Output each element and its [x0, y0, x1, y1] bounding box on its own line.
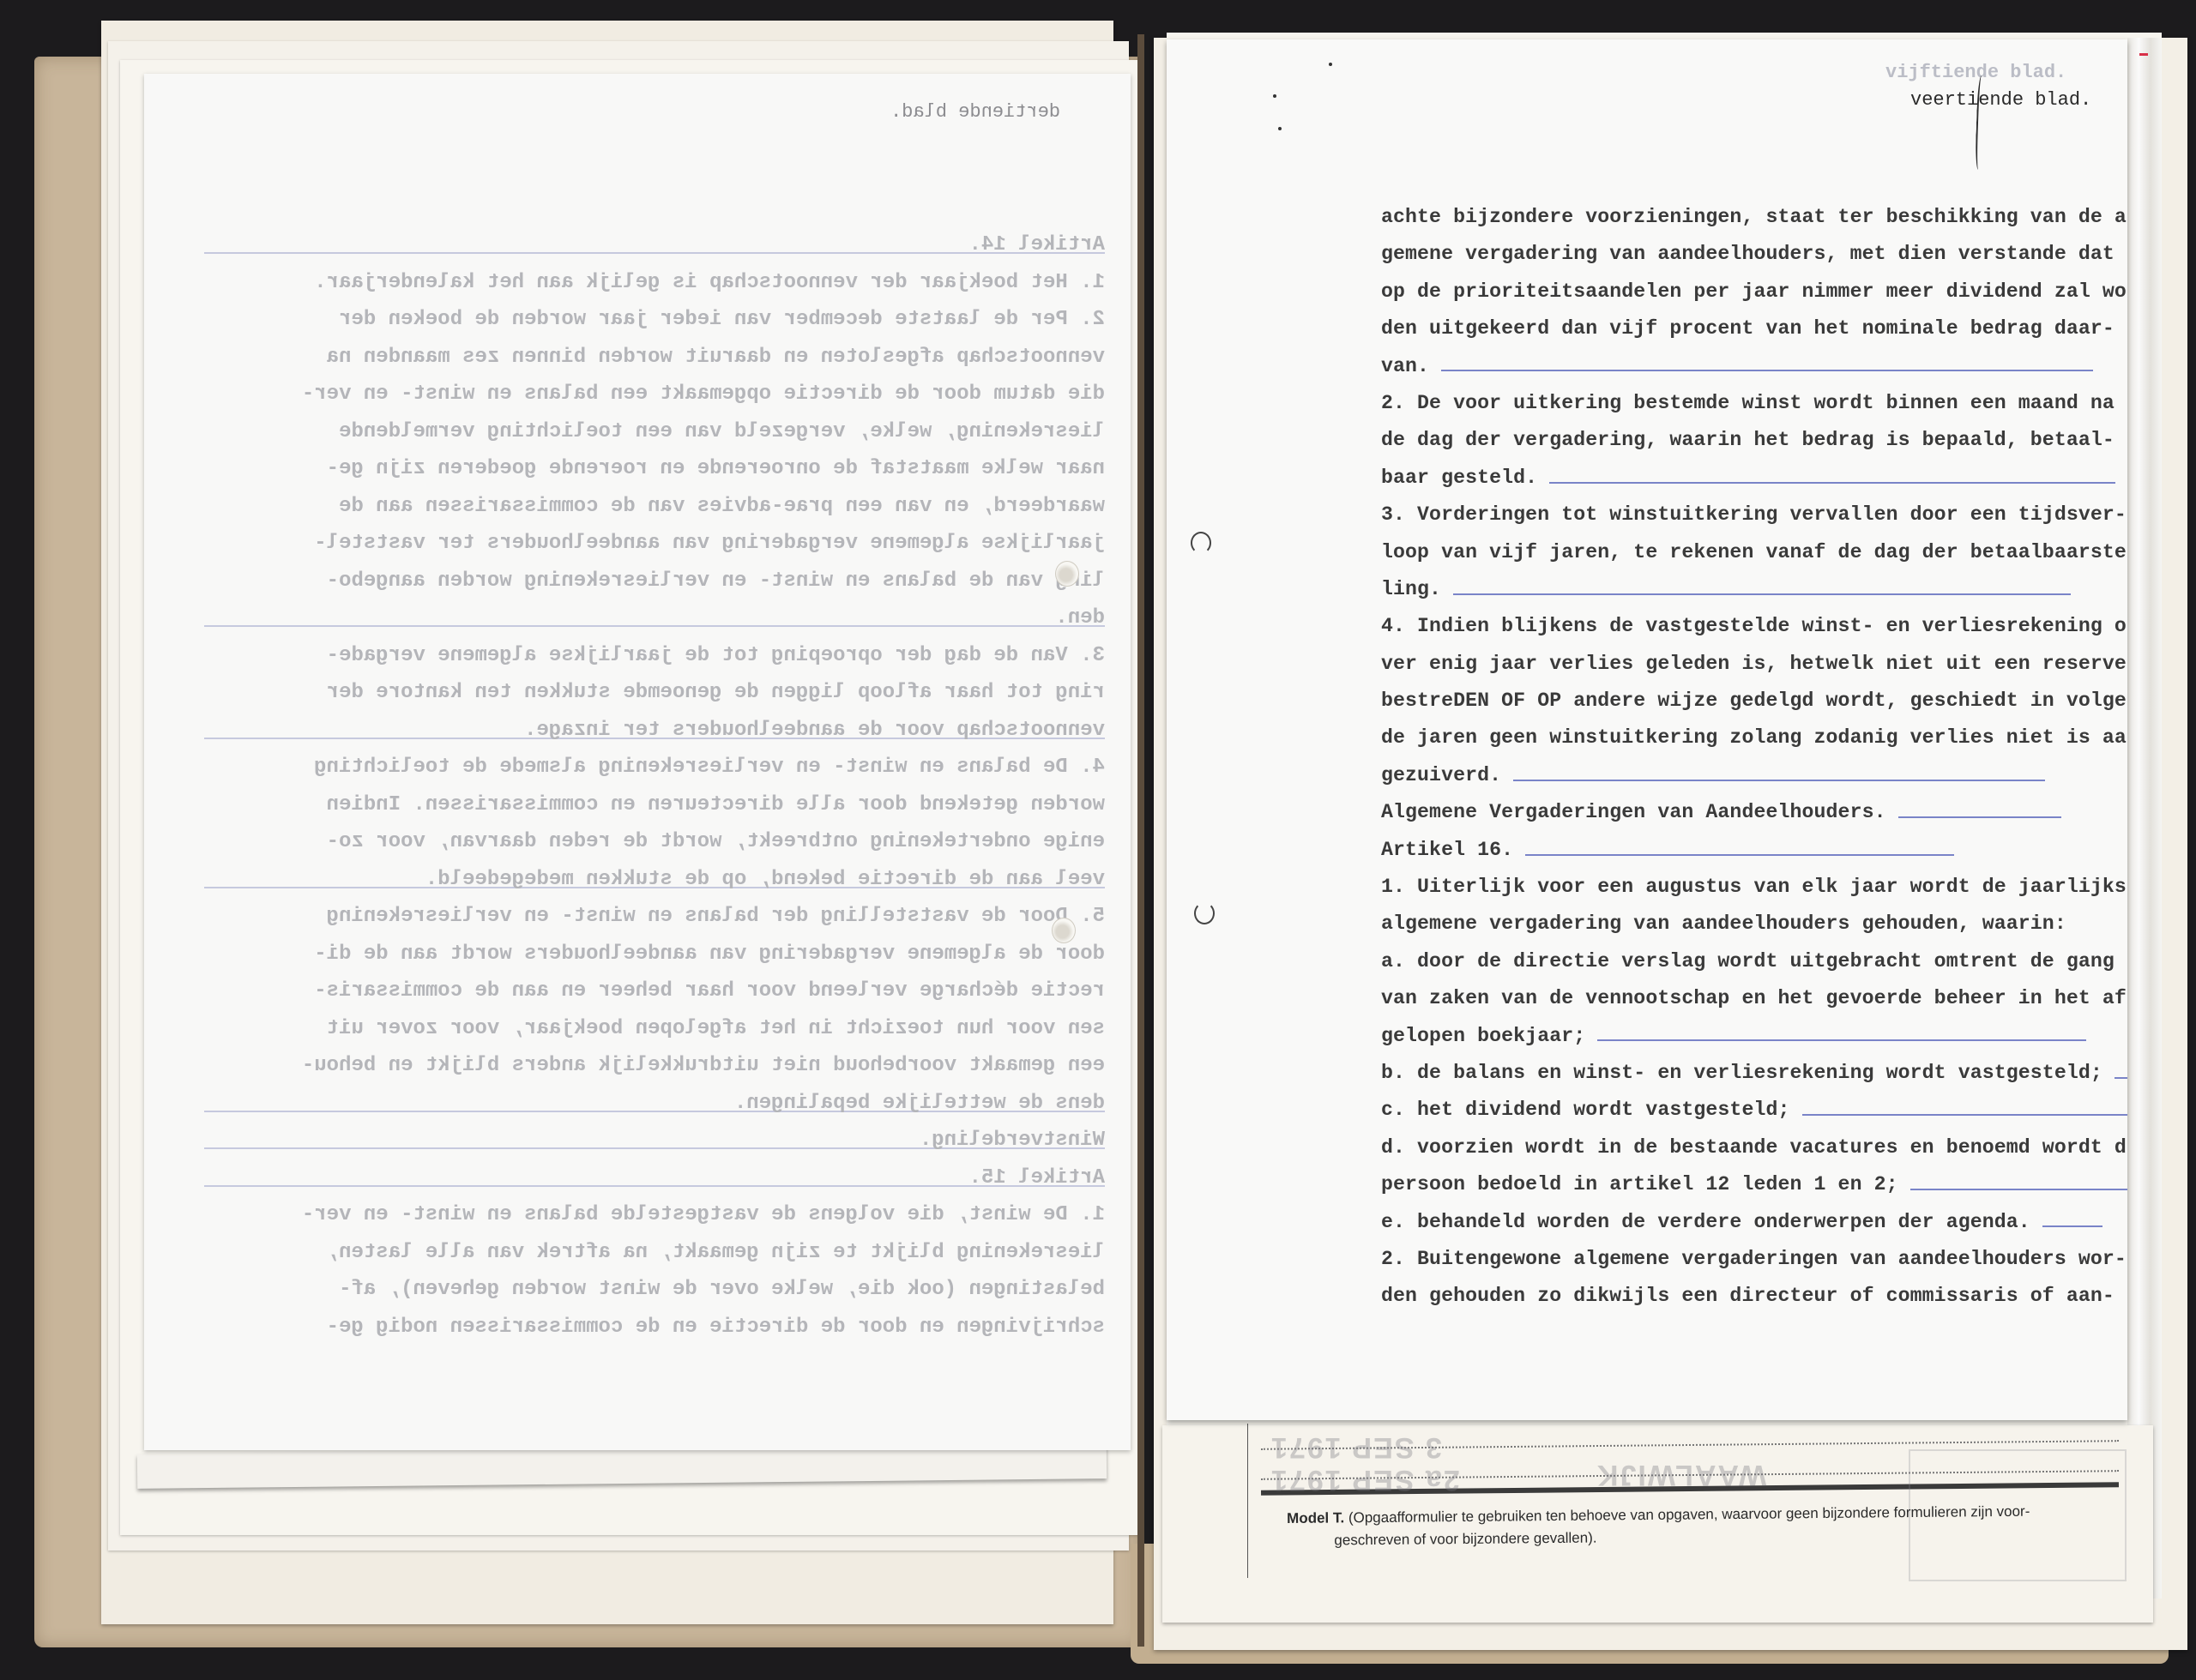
left-page-line: naar welke maatstaf de onroerende en roe…: [204, 450, 1105, 488]
right-page-line: persoon bedoeld in artikel 12 leden 1 en…: [1167, 1166, 2127, 1203]
right-page-line: e. behandeld worden de verdere onderwerp…: [1167, 1204, 2127, 1241]
left-page-line: liesrekening blijkt te zijn gemaakt, na …: [204, 1234, 1105, 1272]
folder-spine: [1137, 34, 1144, 1647]
left-page-line: vennootschap voor de aandeelhouders ter …: [204, 712, 1105, 750]
right-page-line: de jaren geen winstuitkering zolang zoda…: [1167, 720, 2127, 756]
left-page-line: vennootschap afgesloten en daaruit worde…: [204, 339, 1105, 376]
right-page-line: achte bijzondere voorzieningen, staat te…: [1167, 199, 2127, 236]
right-page-line: a. door de directie verslag wordt uitgeb…: [1167, 943, 2127, 980]
right-page-line-text: de dag der vergadering, waarin het bedra…: [1381, 429, 2115, 451]
underline-rule: [2042, 1225, 2102, 1227]
underline-rule: [1525, 854, 1954, 856]
left-page-line: 3. Van de dag der oproeping tot de jaarl…: [204, 637, 1105, 675]
right-page-line: den gehouden zo dikwijls een directeur o…: [1167, 1278, 2127, 1315]
left-page-line: door de algemene vergadering van aandeel…: [204, 936, 1105, 973]
form-model-label: Model T.: [1287, 1509, 1344, 1526]
right-page-line: 2. De voor uitkering bestemde winst word…: [1167, 385, 2127, 422]
right-page-line-text: 2. Buitengewone algemene vergaderingen v…: [1381, 1248, 2127, 1270]
underline-rule: [1910, 1189, 2127, 1190]
right-page-line-text: van.: [1381, 355, 1429, 377]
left-page-line: dens de wettelijke bepalingen.: [204, 1085, 1105, 1123]
right-page-line-text: c. het dividend wordt vastgesteld;: [1381, 1099, 1790, 1121]
right-page-line-text: op de prioriteitsaandelen per jaar nimme…: [1381, 280, 2127, 303]
left-page-line: die datum door de directie opgemaakt een…: [204, 376, 1105, 413]
left-page-line: ring tot haar afloop liggen de genoemde …: [204, 674, 1105, 712]
punch-speck: [1329, 63, 1332, 66]
red-tab-mark: [2139, 53, 2148, 56]
underline-rule: [1549, 482, 2115, 484]
right-page-line-text: den gehouden zo dikwijls een directeur o…: [1381, 1285, 2115, 1307]
right-page-line: Artikel 16.: [1167, 832, 2127, 869]
underline-rule: [1898, 816, 2061, 818]
right-page-lines: achte bijzondere voorzieningen, staat te…: [1167, 199, 2127, 1316]
right-page-line-text: 4. Indien blijkens de vastgestelde winst…: [1381, 615, 2127, 637]
right-page-line: baar gesteld.: [1167, 460, 2127, 497]
paper-stack-right-edges: [2127, 38, 2162, 1599]
right-page-line-text: d. voorzien wordt in de bestaande vacatu…: [1381, 1136, 2127, 1159]
underline-rule: [1802, 1114, 2127, 1116]
stamp-bleed-date: 3 SEP 1971: [1270, 1430, 1442, 1464]
underline-rule: [1453, 593, 2071, 595]
right-page-line-text: Artikel 16.: [1381, 839, 1513, 861]
right-page-line: 1. Uiterlijk voor een augustus van elk j…: [1167, 869, 2127, 906]
ring-hole: [1055, 561, 1079, 587]
right-page-line: c. het dividend wordt vastgesteld;: [1167, 1092, 2127, 1129]
right-page: vijftiende blad. veertiende blad. achte …: [1167, 39, 2127, 1420]
left-page-line: belastingen (ook die, welke over de wins…: [204, 1271, 1105, 1309]
right-page-line-text: loop van vijf jaren, te rekenen vanaf de…: [1381, 541, 2127, 563]
punch-speck: [1278, 127, 1282, 130]
right-page-line-text: de jaren geen winstuitkering zolang zoda…: [1381, 726, 2127, 749]
right-page-line: bestreDEN OF OP andere wijze gedelgd wor…: [1167, 683, 2127, 720]
right-page-line: de dag der vergadering, waarin het bedra…: [1167, 422, 2127, 459]
right-page-line-text: bestreDEN OF OP andere wijze gedelgd wor…: [1381, 689, 2127, 712]
left-page-line: een gemaakt voorbehoud niet uitdrukkelij…: [204, 1047, 1105, 1085]
left-page: dertiende blad. Artikel 14.1. Het boekja…: [144, 74, 1131, 1450]
right-page-line-text: a. door de directie verslag wordt uitgeb…: [1381, 950, 2115, 972]
left-page-line: liesrekening, welke, vergezeld van een t…: [204, 413, 1105, 451]
left-page-line: 1. De winst, die volgens de vastgestelde…: [204, 1196, 1105, 1234]
right-page-line-text: den uitgekeerd dan vijf procent van het …: [1381, 317, 2115, 340]
right-page-line: van zaken van de vennootschap en het gev…: [1167, 980, 2127, 1017]
left-page-bleed-through: dertiende blad. Artikel 14.1. Het boekja…: [144, 74, 1131, 1450]
right-page-line: Algemene Vergaderingen van Aandeelhouder…: [1167, 794, 2127, 831]
ring-hole-pen-circle: [1194, 902, 1215, 924]
right-page-line: d. voorzien wordt in de bestaande vacatu…: [1167, 1129, 2127, 1166]
right-page-line-text: persoon bedoeld in artikel 12 leden 1 en…: [1381, 1173, 1898, 1195]
left-page-line: jaarlijkse algemene vergadering van aand…: [204, 525, 1105, 563]
left-page-line: waardeerd, en van een prae-advies van de…: [204, 488, 1105, 526]
right-page-line-text: baar gesteld.: [1381, 467, 1537, 489]
left-page-line: Winstverdeling.: [204, 1122, 1105, 1159]
underline-rule: [1513, 780, 2045, 781]
right-page-line-text: e. behandeld worden de verdere onderwerp…: [1381, 1211, 2030, 1233]
left-page-line: worden getekend door alle directeuren en…: [204, 786, 1105, 824]
right-page-line: 4. Indien blijkens de vastgestelde winst…: [1167, 608, 2127, 645]
right-page-line-text: 3. Vorderingen tot winstuitkering verval…: [1381, 503, 2127, 526]
right-page-line-text: gelopen boekjaar;: [1381, 1025, 1585, 1047]
right-page-line: gezuiverd.: [1167, 757, 2127, 794]
left-page-line: 2. Per de laatste december van ieder jaa…: [204, 301, 1105, 339]
ring-hole-pen-circle: [1191, 532, 1211, 554]
left-page-line: Artikel 15.: [204, 1159, 1105, 1197]
underline-rule: [1597, 1039, 2086, 1041]
punch-speck: [1273, 94, 1276, 98]
form-caption: Model T. (Opgaafformulier te gebruiken t…: [1287, 1500, 2119, 1552]
right-page-line: op de prioriteitsaandelen per jaar nimme…: [1167, 274, 2127, 310]
right-page-line-text: ling.: [1381, 578, 1441, 600]
right-page-line-text: b. de balans en winst- en verliesrekenin…: [1381, 1062, 2102, 1084]
right-page-line-text: 2. De voor uitkering bestemde winst word…: [1381, 392, 2115, 414]
left-page-line: veel aan de directie bekend, op de stukk…: [204, 861, 1105, 899]
right-page-line-text: gezuiverd.: [1381, 764, 1501, 786]
right-page-line-text: Algemene Vergaderingen van Aandeelhouder…: [1381, 801, 1886, 823]
right-page-line: b. de balans en winst- en verliesrekenin…: [1167, 1055, 2127, 1092]
right-page-line-text: gemene vergadering van aandeelhouders, m…: [1381, 243, 2115, 265]
right-page-line: gelopen boekjaar;: [1167, 1018, 2127, 1055]
left-page-lines: Artikel 14.1. Het boekjaar der vennootsc…: [204, 226, 1105, 1346]
left-page-line: ling van de balans en winst- en verliesr…: [204, 563, 1105, 600]
left-page-line: enige ondertekening ontbreekt, wordt de …: [204, 823, 1105, 861]
underline-rule: [1441, 370, 2093, 371]
left-page-line: 4. De balans en winst- en verliesrekenin…: [204, 749, 1105, 786]
left-page-line: 1. Het boekjaar der vennootschap is geli…: [204, 264, 1105, 302]
right-page-line: ling.: [1167, 571, 2127, 608]
left-page-line: 5. Door de vaststelling der balans en wi…: [204, 898, 1105, 936]
left-page-header: dertiende blad.: [890, 101, 1060, 123]
right-page-line-text: achte bijzondere voorzieningen, staat te…: [1381, 206, 2127, 228]
right-page-line: gemene vergadering van aandeelhouders, m…: [1167, 236, 2127, 273]
right-page-header: veertiende blad.: [1910, 89, 2091, 111]
right-page-line: 2. Buitengewone algemene vergaderingen v…: [1167, 1241, 2127, 1278]
right-page-line: 3. Vorderingen tot winstuitkering verval…: [1167, 497, 2127, 533]
right-page-line-text: van zaken van de vennootschap en het gev…: [1381, 987, 2127, 1009]
left-page-line: schrijvingen en door de directie en de c…: [204, 1309, 1105, 1346]
right-page-line: algemene vergadering van aandeelhouders …: [1167, 906, 2127, 942]
right-page-bleed-header: vijftiende blad.: [1885, 62, 2066, 83]
left-page-line: sen voor hun toezicht in het afgelopen b…: [204, 1010, 1105, 1048]
right-page-line-text: ver enig jaar verlies geleden is, hetwel…: [1381, 653, 2127, 675]
ring-hole: [1052, 918, 1076, 943]
left-page-line: den.: [204, 599, 1105, 637]
right-page-line: den uitgekeerd dan vijf procent van het …: [1167, 310, 2127, 347]
right-page-line-text: algemene vergadering van aandeelhouders …: [1381, 912, 2066, 935]
right-page-line: loop van vijf jaren, te rekenen vanaf de…: [1167, 534, 2127, 571]
stamp-bleed-date-2: 2a SEP 1971: [1270, 1463, 1460, 1496]
left-page-line: Artikel 14.: [204, 226, 1105, 264]
left-page-line: rectie décharge verleend voor haar behee…: [204, 972, 1105, 1010]
stamp-bleed-city: WAALWIJK: [1596, 1458, 1766, 1491]
form-margin-line: [1247, 1424, 1248, 1578]
underline-rule: [2115, 1077, 2127, 1079]
right-page-line: ver enig jaar verlies geleden is, hetwel…: [1167, 646, 2127, 683]
right-page-line-text: 1. Uiterlijk voor een augustus van elk j…: [1381, 876, 2127, 898]
right-page-line: van.: [1167, 348, 2127, 385]
form-caption-text: (Opgaafformulier te gebruiken ten behoev…: [1348, 1503, 2030, 1526]
